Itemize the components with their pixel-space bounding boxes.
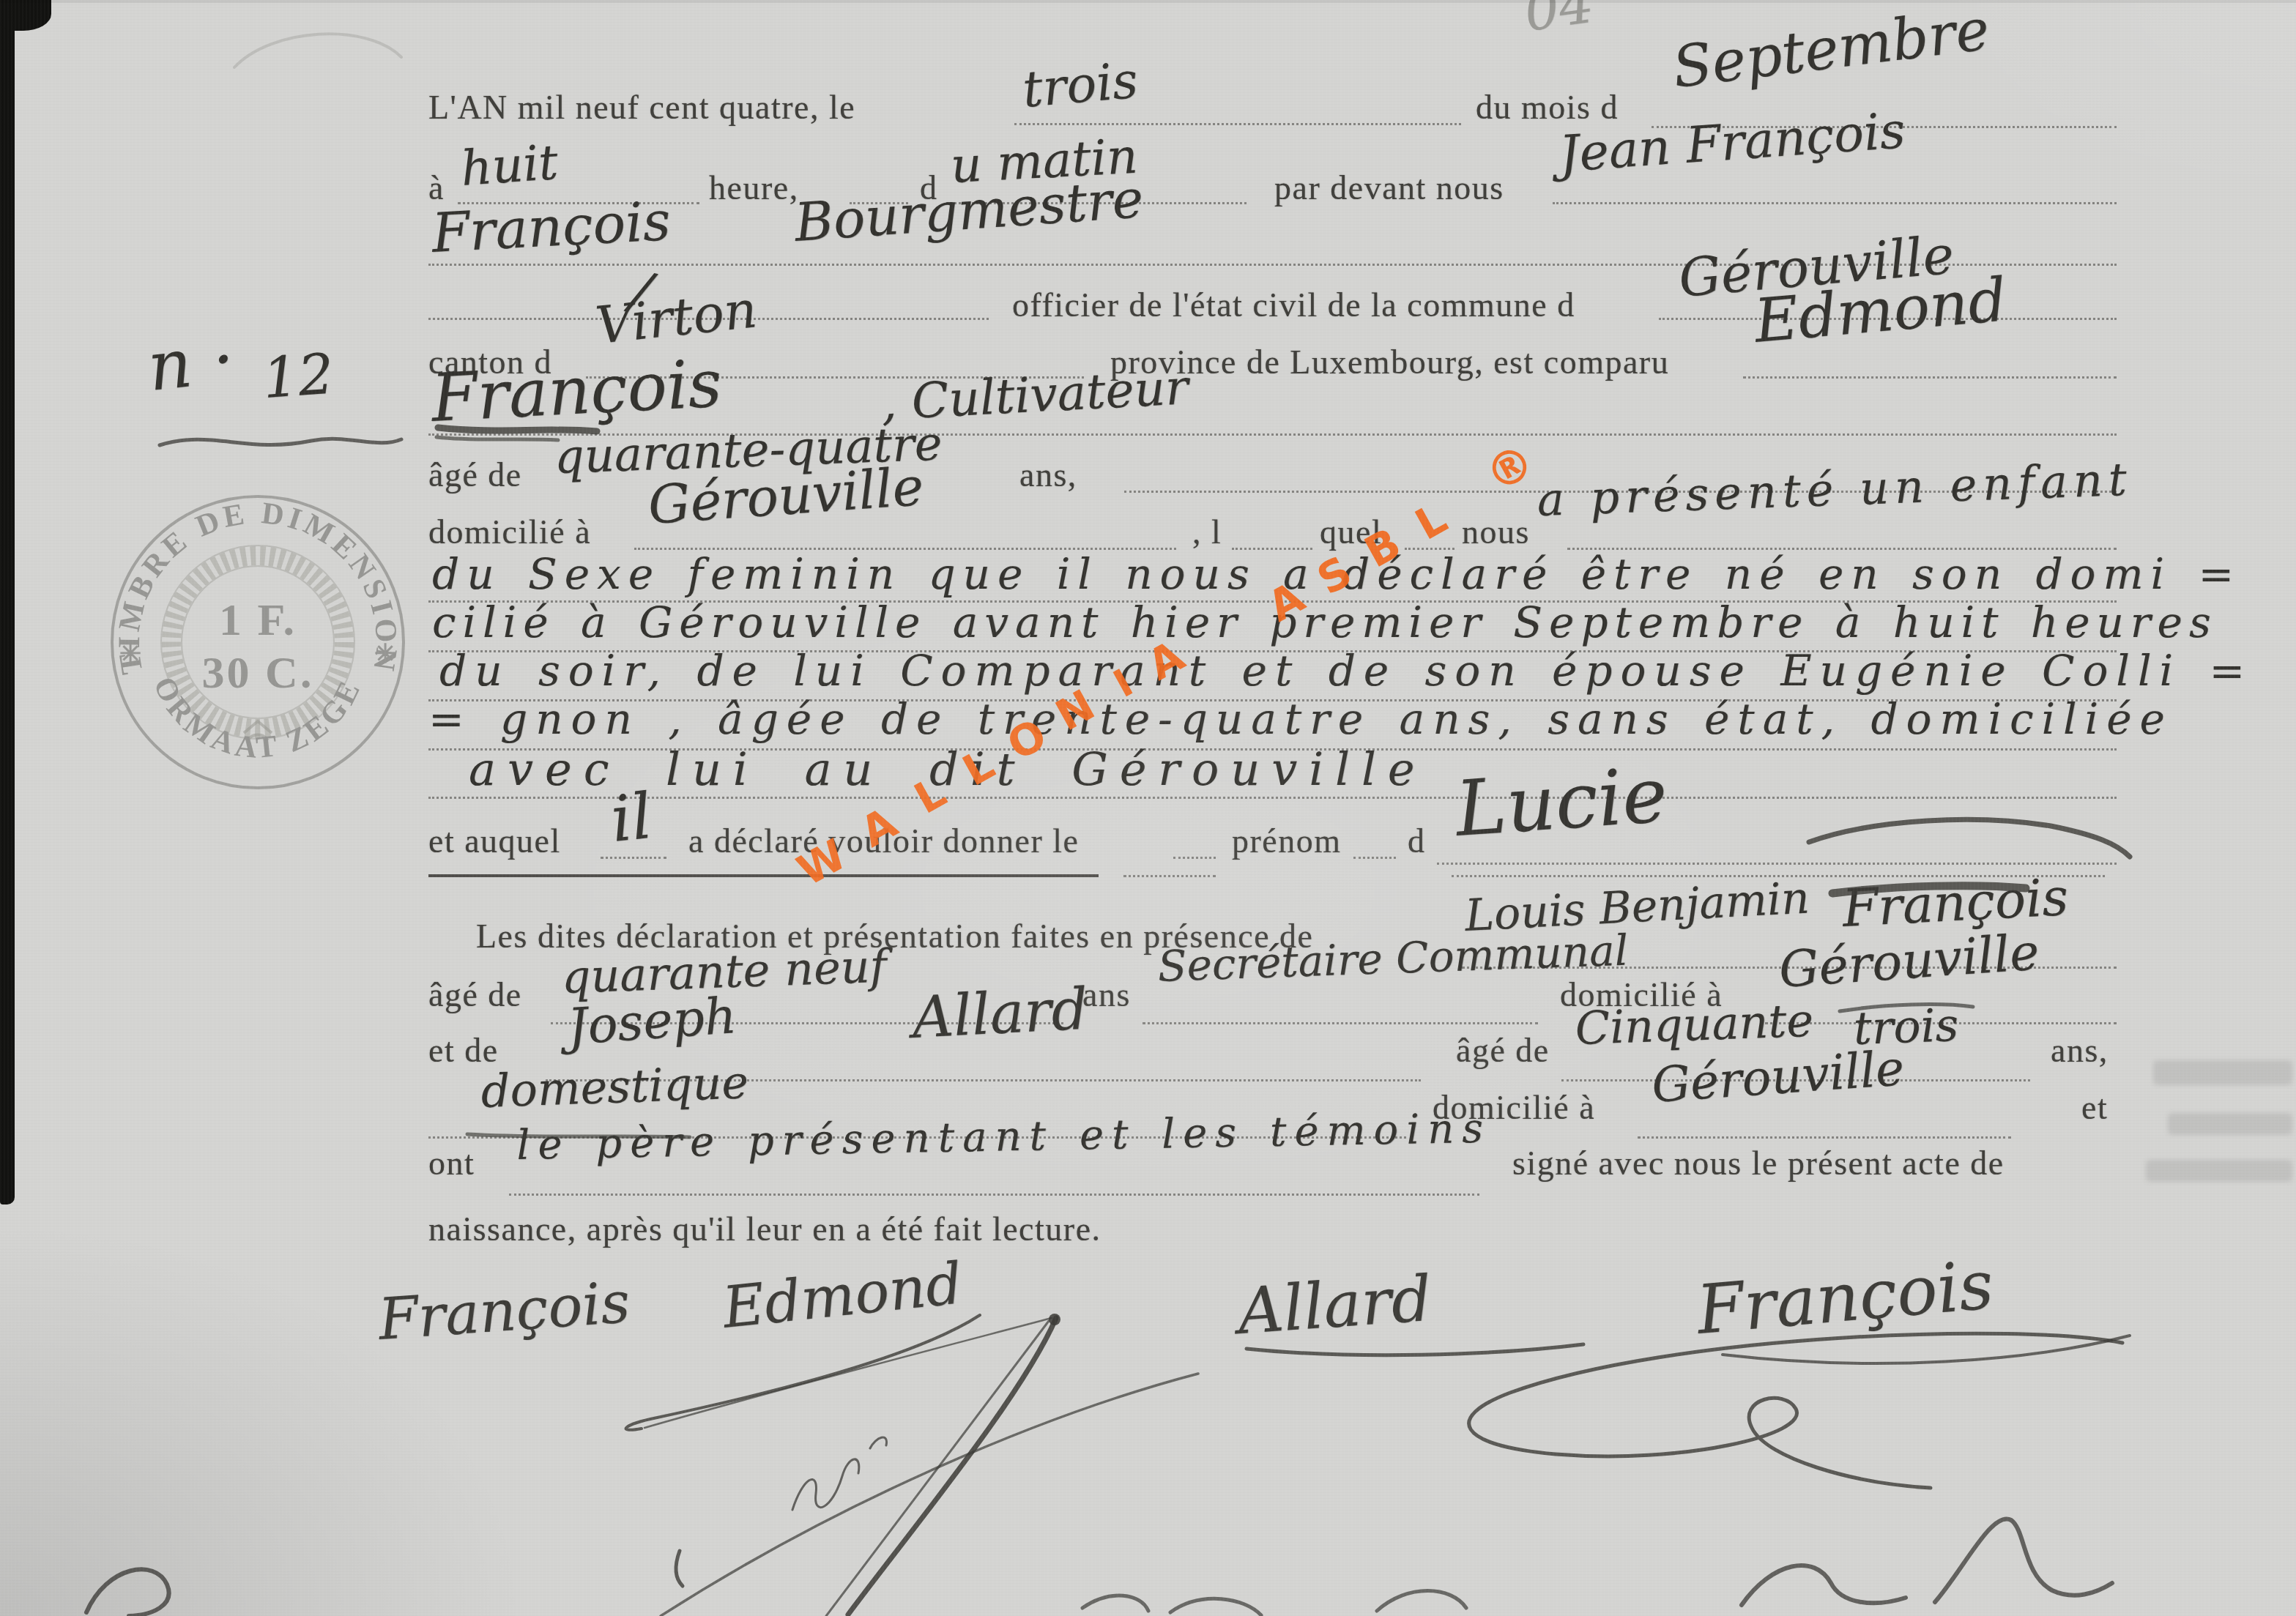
hw-day: trois: [1020, 52, 1140, 119]
hw-il-pronoun: il: [608, 780, 655, 857]
printed-witness1-age-label: âgé de: [428, 975, 522, 1014]
printed-nous-label: nous: [1462, 513, 1530, 551]
printed-prenom-label: prénom: [1232, 822, 1342, 860]
blank-rule: [509, 1194, 1479, 1196]
stamp-value-centimes: 30 C.: [202, 648, 314, 698]
hw-declarant-surname: François: [430, 345, 724, 437]
hw-underline-stroke: [436, 437, 558, 440]
printed-heure-label: heure,: [709, 168, 799, 207]
printed-year-line: L'AN mil neuf cent quatre, le: [428, 88, 855, 127]
signature-declarant-firstname: Edmond: [720, 1251, 966, 1341]
stamp-value-francs: 1 F.: [219, 595, 297, 645]
corner-note: 04: [1520, 0, 1597, 44]
bleedthrough-mark: [2153, 1060, 2292, 1085]
printed-witness2-ans: ans,: [2051, 1031, 2109, 1070]
printed-d-prenom: d: [1408, 822, 1426, 860]
cutoff-stroke: [86, 1569, 169, 1616]
scan-edge-strip: [0, 0, 15, 1204]
printed-witness2-age-label: âgé de: [1456, 1031, 1550, 1070]
printed-lecture-line: naissance, après qu'il leur en a été fai…: [428, 1210, 1101, 1248]
faint-curl-mark: [234, 34, 401, 67]
birth-record-scan: 04 n · 12 TIMBRE DE DIMENSION FORMAAT ZE…: [0, 0, 2296, 1616]
signature-witness2: Allard: [1236, 1262, 1434, 1349]
signature-tick: [676, 1551, 683, 1586]
signature-flourish: [661, 1374, 1198, 1616]
margin-act-number: 12: [261, 340, 336, 411]
cutoff-stroke: [1742, 1519, 2112, 1605]
printed-signed-with-us: signé avec nous le présent acte de: [1512, 1144, 2005, 1183]
revenue-stamp: TIMBRE DE DIMENSION FORMAAT ZEGEL 1 F. 3…: [103, 480, 413, 805]
watermark-letter: L: [1407, 493, 1454, 549]
hw-witness2-firstname: Joseph: [565, 987, 738, 1057]
printed-et-auquel: et auquel: [428, 822, 561, 860]
cutoff-stroke: [1082, 1591, 1466, 1616]
signature-scribble: [792, 1437, 887, 1510]
hw-hour: huit: [459, 134, 560, 197]
printed-lequel-1: , l: [1192, 513, 1222, 551]
signature-declarant-surname: François: [376, 1270, 632, 1353]
blank-rule: [1553, 202, 2117, 204]
lucie-flourish: [1809, 819, 2130, 857]
signature-flourish: [826, 1321, 1049, 1616]
hw-body-line-2: cilié à Gérouville avant hier premier Se…: [432, 597, 2218, 647]
stamp-ornament-right-icon: ✳: [374, 639, 396, 669]
stamp-ornament-left-icon: ✳: [119, 639, 141, 669]
signature-flourish: [848, 1318, 1056, 1615]
hw-month: Septembre: [1669, 0, 1993, 101]
blank-rule: [1743, 376, 2117, 379]
signature-loop: [1469, 1333, 2122, 1488]
hw-witness2-surname: Allard: [910, 977, 1089, 1051]
printed-age-label: âgé de: [428, 455, 522, 494]
hw-witness2-occupation: domestique: [480, 1055, 749, 1118]
blank-rule: [1437, 863, 2117, 865]
hw-canton: Virton: [592, 279, 759, 356]
printed-month-label: du mois d: [1476, 88, 1619, 127]
signature-underline: [1247, 1344, 1583, 1355]
printed-province: province de Luxembourg, est comparu: [1110, 343, 1669, 381]
printed-before-us: par devant nous: [1274, 168, 1504, 207]
signature-flourish: [644, 1318, 1052, 1428]
ink-blob: [1049, 1314, 1060, 1325]
scan-corner-blob: [0, 0, 51, 31]
hw-presented-child: a présenté un enfant: [1536, 453, 2133, 526]
hw-child-firstname: Lucie: [1452, 750, 1670, 854]
hw-officer-title: Bourgmestre: [792, 168, 1145, 253]
blank-rule: [1638, 1136, 2011, 1139]
printed-domicile-label: domicilié à: [428, 513, 591, 551]
blank-rule: [1143, 1022, 1538, 1024]
printed-civil-officer: officier de l'état civil de la commune d: [1012, 286, 1575, 324]
hw-body-line-3: du soir, de lui Comparant et de son épou…: [439, 646, 2253, 696]
watermark-registered-icon: ®: [1476, 433, 1544, 504]
hw-witness1-domicile: Gérouville: [1777, 923, 2040, 999]
blank-rule: [1173, 857, 1216, 859]
section-separator: [428, 874, 1099, 877]
hw-body-line-4: = gnon , âgée de trente-quatre ans, sans…: [428, 694, 2173, 744]
hw-officer-surname: François: [430, 190, 672, 265]
printed-witness1-ans: ans: [1082, 975, 1131, 1014]
blank-rule: [1353, 857, 1396, 859]
hw-witness2-age-1: Cinquante: [1574, 994, 1814, 1055]
blank-rule: [1014, 123, 1461, 125]
section-separator-dash: [1123, 875, 1216, 877]
blank-rule: [601, 857, 666, 859]
printed-ont: ont: [428, 1144, 475, 1183]
margin-number-underline: [160, 439, 401, 445]
bleedthrough-mark: [2146, 1160, 2292, 1182]
margin-act-number-prefix: n ·: [144, 319, 238, 406]
signature-witness1: François: [1694, 1245, 1996, 1349]
bleedthrough-mark: [2168, 1113, 2292, 1135]
hw-signers-note: le père présentant et les témoins: [516, 1105, 1492, 1169]
printed-ans-label: ans,: [1019, 455, 1077, 494]
printed-et-conj: et: [2081, 1088, 2108, 1127]
blank-rule: [428, 797, 2117, 799]
